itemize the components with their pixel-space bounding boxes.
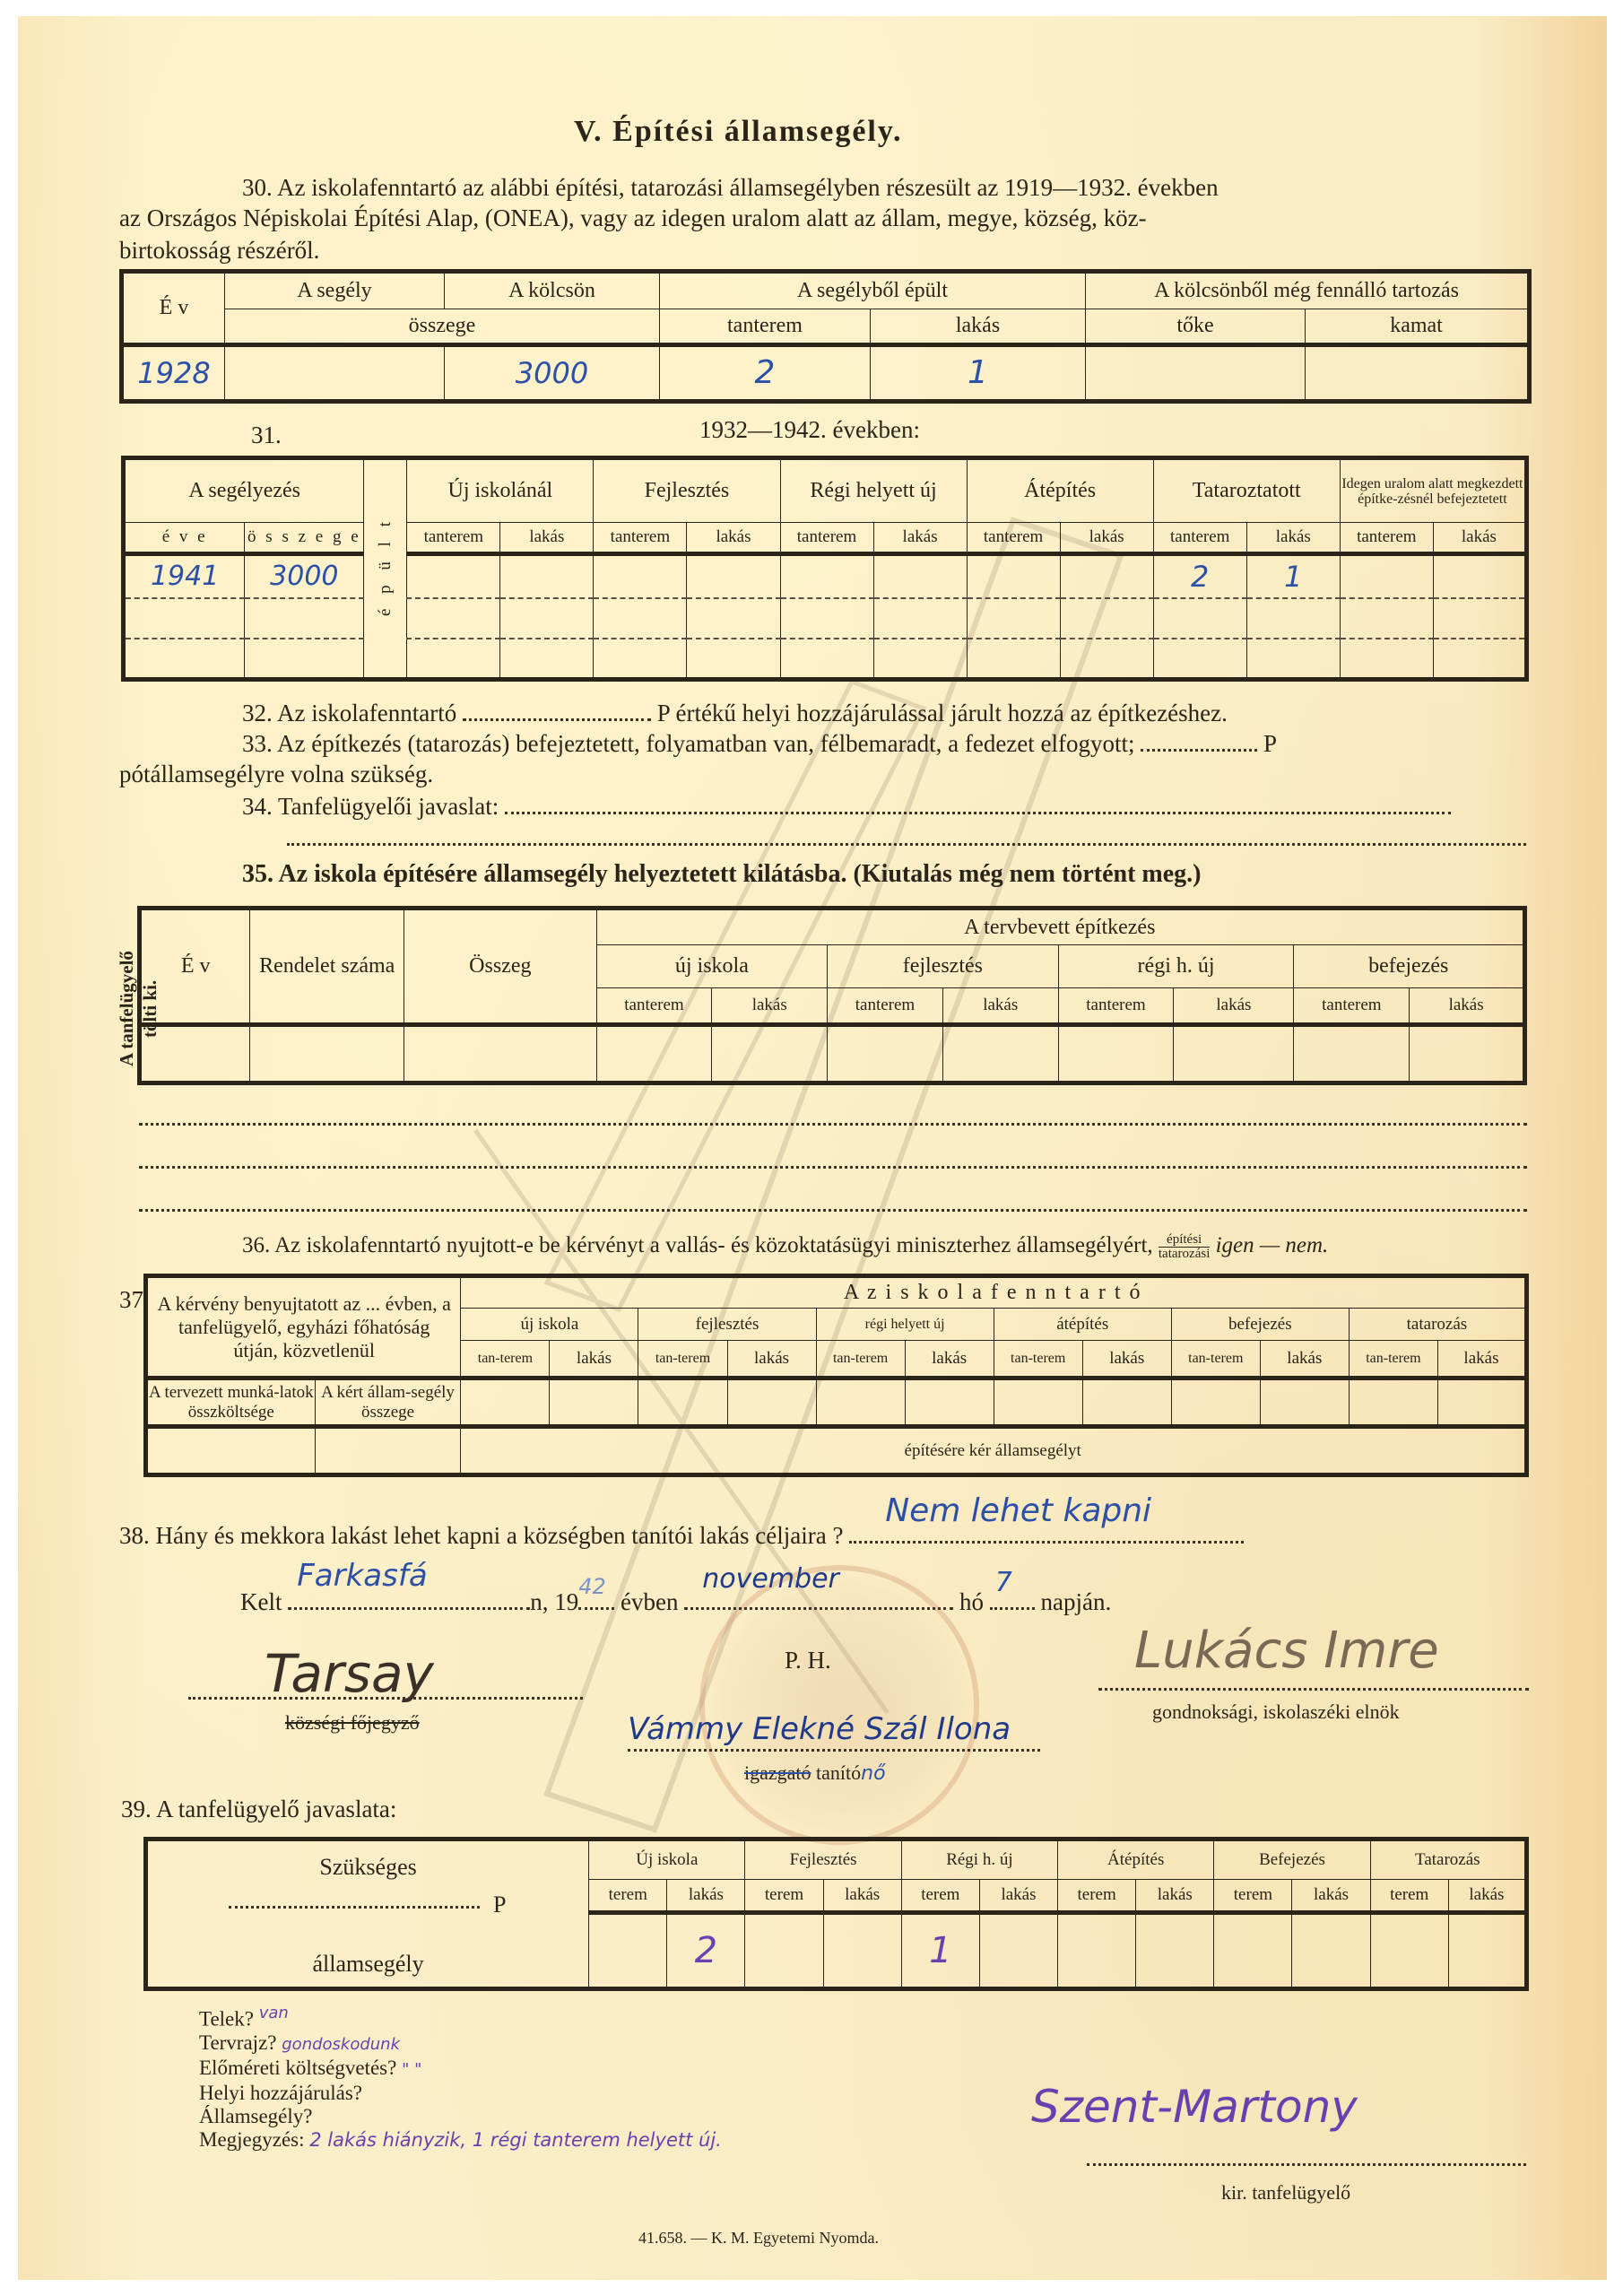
col-tanterem: tanterem xyxy=(594,523,687,554)
group-fejlesztes: Fejlesztés xyxy=(594,458,780,523)
col-lakas: lakás xyxy=(1260,1341,1349,1378)
kelt-place: Farkasfá xyxy=(297,1561,427,1591)
group-uj-iskola: új iskola xyxy=(461,1309,638,1341)
cell xyxy=(1060,598,1153,639)
q32-prefix: 32. Az iskolafenntartó xyxy=(242,700,456,726)
col-osszege: ö s s z e g e xyxy=(245,523,364,554)
cell xyxy=(1294,1024,1410,1083)
cell xyxy=(245,598,364,639)
q38: 38. Hány és mekkora lakást lehet kapni a… xyxy=(119,1516,1244,1551)
col-tanterem: tanterem xyxy=(660,309,871,345)
checklist-label: Tervrajz? xyxy=(199,2031,277,2054)
cell xyxy=(1410,1024,1525,1083)
cell xyxy=(594,639,687,679)
q36-answer[interactable]: igen — nem. xyxy=(1216,1233,1329,1257)
cell-uj-iskola-lakas: 2 xyxy=(667,1913,745,1989)
col-tanterem: tan-terem xyxy=(994,1341,1082,1378)
cell-ev: 1928 xyxy=(122,344,225,401)
group-uj-iskola: Új iskola xyxy=(589,1839,745,1880)
col-iskolafenntarto: A z i s k o l a f e n n t a r t ó xyxy=(461,1276,1527,1309)
q33-p: P xyxy=(1263,730,1277,757)
q36-frac-top: építési xyxy=(1167,1232,1202,1247)
col-tanterem: tan-terem xyxy=(816,1341,905,1378)
cell xyxy=(823,1913,901,1989)
col-kamat: kamat xyxy=(1306,309,1530,345)
epult-label: é p ü l t xyxy=(376,517,395,616)
checklist-label: Helyi hozzájárulás? xyxy=(199,2082,362,2104)
group-regi-h-uj: régi h. új xyxy=(1058,945,1294,988)
cell xyxy=(687,554,780,598)
kelt-year-field[interactable]: 42 xyxy=(578,1584,614,1610)
group-befejezes: befejezés xyxy=(1294,945,1525,988)
group-fejlesztes: fejlesztés xyxy=(638,1309,816,1341)
cell xyxy=(638,1378,727,1427)
left-signature-line[interactable] xyxy=(188,1697,583,1700)
cell xyxy=(994,1378,1082,1427)
cell xyxy=(942,1024,1058,1083)
cell xyxy=(967,639,1060,679)
cell xyxy=(1246,639,1340,679)
page-title: V. Építési államsegély. xyxy=(574,115,903,149)
col-lakas: lakás xyxy=(1448,1880,1526,1913)
checklist-label: Telek? xyxy=(199,2008,254,2031)
q35-table: É v Rendelet száma Összeg A tervbevett é… xyxy=(137,906,1527,1085)
kelt-line: Kelt Farkasfá n, 19 42 évben november hó… xyxy=(240,1584,1111,1617)
col-tanterem: tanterem xyxy=(596,987,712,1024)
q36-fraction: építési tatarozási xyxy=(1159,1233,1210,1261)
group-uj-iskolanal: Új iskolánál xyxy=(407,458,594,523)
checklist-answer: gondoskodunk xyxy=(282,2035,400,2054)
cell xyxy=(780,639,873,679)
cell xyxy=(1153,639,1246,679)
col-tanterem: tanterem xyxy=(1153,523,1246,554)
cell xyxy=(1246,598,1340,639)
kelt-month: november xyxy=(702,1564,839,1595)
cell xyxy=(407,639,500,679)
group-fejlesztes: fejlesztés xyxy=(828,945,1059,988)
cell xyxy=(1174,1024,1294,1083)
q39-table: Szükséges P államsegély Új iskola Fejles… xyxy=(143,1837,1529,1991)
cell xyxy=(1214,1913,1292,1989)
col-ev: É v xyxy=(122,272,225,345)
group-tatarozas: Tatarozás xyxy=(1370,1839,1526,1880)
cell xyxy=(500,598,594,639)
col-lakas: lakás xyxy=(979,1880,1057,1913)
cell xyxy=(461,1378,550,1427)
col-tanterem: tan-terem xyxy=(638,1341,727,1378)
group-atepites: Átépítés xyxy=(967,458,1153,523)
inspector-signature-line[interactable] xyxy=(1087,2163,1526,2166)
szukseges-amount-field[interactable] xyxy=(229,1906,480,1909)
cell xyxy=(967,554,1060,598)
kelt-n: n, 19 xyxy=(530,1588,578,1615)
cell xyxy=(1292,1913,1370,1989)
cell xyxy=(1448,1913,1526,1989)
q31-table: A segélyezés é p ü l t Új iskolánál Fejl… xyxy=(121,456,1529,682)
center-role-text: tanító xyxy=(816,1761,861,1784)
col-tanterem: tanterem xyxy=(1340,523,1433,554)
table-row: A tervezett munká-latok összköltsége A k… xyxy=(146,1378,1527,1427)
group-regi-helyett-uj: régi helyett új xyxy=(816,1309,994,1341)
col-lakas: lakás xyxy=(712,987,828,1024)
cell xyxy=(1060,639,1153,679)
cell xyxy=(594,554,687,598)
cell xyxy=(1433,598,1526,639)
left-role: községi főjegyző xyxy=(285,1708,420,1738)
cell xyxy=(727,1378,816,1427)
q35-note-line1[interactable] xyxy=(139,1123,1527,1126)
cell xyxy=(873,639,967,679)
allamsegely-label: államsegély xyxy=(148,1951,588,1978)
col-segelybol-epult: A segélyből épült xyxy=(660,272,1086,309)
group-atepites: átépítés xyxy=(994,1309,1171,1341)
col-lakas: lakás xyxy=(871,309,1086,345)
q30-table: É v A segély A kölcsön A segélyből épült… xyxy=(119,269,1532,404)
col-tanterem: tanterem xyxy=(1294,987,1410,1024)
cell xyxy=(1136,1913,1214,1989)
cell xyxy=(828,1024,943,1083)
q30-line2: az Országos Népiskolai Építési Alap, (ON… xyxy=(119,203,1147,233)
col-kolcson: A kölcsön xyxy=(445,272,660,309)
col-lakas: lakás xyxy=(1433,523,1526,554)
q34-label: 34. Tanfelügyelői javaslat: xyxy=(242,793,499,820)
cell xyxy=(745,1913,823,1989)
q31-heading: 1932—1942. években: xyxy=(699,414,920,445)
kelt-evben: évben xyxy=(621,1588,678,1615)
side-label-line1: A tanfelügyelő xyxy=(116,952,137,1067)
kelt-day: 7 xyxy=(995,1568,1012,1598)
col-tanterem: tanterem xyxy=(828,987,943,1024)
table-row xyxy=(124,598,1527,639)
q36-frac-bottom: tatarozási xyxy=(1159,1247,1210,1261)
group-atepites: Átépítés xyxy=(1058,1839,1214,1880)
szukseges-p: P xyxy=(493,1892,506,1918)
q33-line2: pótállamsegélyre volna szükség. xyxy=(119,759,433,789)
cell xyxy=(404,1024,597,1083)
checklist-label: Megjegyzés: xyxy=(199,2128,305,2151)
center-role-suffix: nő xyxy=(861,1762,885,1785)
cell-eve: 1941 xyxy=(124,554,245,598)
cell xyxy=(124,639,245,679)
col-lakas: lakás xyxy=(1292,1880,1370,1913)
q30-line3: birtokosság részéről. xyxy=(119,235,319,265)
center-role-strike: igazgató xyxy=(744,1761,811,1784)
cell xyxy=(1433,554,1526,598)
cell xyxy=(967,598,1060,639)
cell xyxy=(1260,1378,1349,1427)
cell xyxy=(687,639,780,679)
cell xyxy=(1153,598,1246,639)
q39-label: 39. A tanfelügyelő javaslata: xyxy=(121,1794,396,1824)
q36: 36. Az iskolafenntartó nyujtott-e be kér… xyxy=(242,1231,1328,1261)
col-ev: É v xyxy=(140,909,250,1025)
checklist-item: Helyi hozzájárulás? xyxy=(199,2082,722,2105)
col-lakas: lakás xyxy=(905,1341,994,1378)
q34-field-line2[interactable] xyxy=(287,843,1526,846)
group-idegen-uralom: Idegen uralom alatt megkezdett építke-zé… xyxy=(1340,458,1526,523)
cell xyxy=(245,639,364,679)
checklist-answer: " " xyxy=(402,2060,421,2079)
col-lakas: lakás xyxy=(550,1341,638,1378)
cell xyxy=(1433,639,1526,679)
group-tataroztatott: Tataroztatott xyxy=(1153,458,1340,523)
q32-amount-field[interactable] xyxy=(463,718,651,721)
checklist-answer: 2 lakás hiányzik, 1 régi tanterem helyet… xyxy=(309,2129,722,2151)
cell xyxy=(500,554,594,598)
col-terem: terem xyxy=(901,1880,979,1913)
col-lakas: lakás xyxy=(1246,523,1340,554)
szukseges-label: Szükséges xyxy=(148,1854,588,1881)
left-signature: Tarsay xyxy=(265,1643,434,1704)
col-kolcsonbol: A kölcsönből még fennálló tartozás xyxy=(1086,272,1530,309)
q37-table: A kérvény benyujtatott az ... évben, a t… xyxy=(143,1274,1529,1477)
group-befejezes: Befejezés xyxy=(1214,1839,1370,1880)
right-role: gondnoksági, iskolaszéki elnök xyxy=(1152,1697,1400,1727)
q38-answer-field[interactable]: Nem lehet kapni xyxy=(849,1516,1244,1544)
col-tanterem: tanterem xyxy=(780,523,873,554)
cell-osszege: 3000 xyxy=(245,554,364,598)
q35-note-line2[interactable] xyxy=(139,1166,1527,1169)
q31-number: 31. xyxy=(251,420,282,450)
q38-answer: Nem lehet kapni xyxy=(885,1496,1151,1526)
q33-amount-field[interactable] xyxy=(1141,749,1257,752)
table-row xyxy=(124,639,1527,679)
q32: 32. Az iskolafenntartó P értékű helyi ho… xyxy=(242,698,1228,728)
col-tanterem: tanterem xyxy=(1058,987,1174,1024)
col-lakas: lakás xyxy=(873,523,967,554)
cell-kolcson: 3000 xyxy=(445,344,660,401)
cell xyxy=(407,598,500,639)
cell-kert-value xyxy=(315,1427,461,1475)
cell xyxy=(873,598,967,639)
checklist-item: Telek? van xyxy=(199,2002,722,2031)
kelt-place-field[interactable]: Farkasfá xyxy=(288,1584,530,1610)
cell xyxy=(873,554,967,598)
inspector-role: kir. tanfelügyelő xyxy=(1221,2178,1350,2208)
kelt-year: 42 xyxy=(578,1571,606,1602)
col-osszeg: Összeg xyxy=(404,909,597,1025)
col-lakas: lakás xyxy=(1060,523,1153,554)
q34: 34. Tanfelügyelői javaslat: xyxy=(242,791,1451,822)
col-lakas: lakás xyxy=(1174,987,1294,1024)
cell xyxy=(596,1024,712,1083)
cell xyxy=(594,598,687,639)
col-tanterem: tan-terem xyxy=(1171,1341,1260,1378)
col-tanterem: tanterem xyxy=(407,523,500,554)
col-lakas: lakás xyxy=(1410,987,1525,1024)
col-tanterem: tan-terem xyxy=(1349,1341,1437,1378)
ph-label: P. H. xyxy=(785,1645,831,1675)
q38-text: 38. Hány és mekkora lakást lehet kapni a… xyxy=(119,1522,843,1549)
cell-regi-h-uj-terem: 1 xyxy=(901,1913,979,1989)
q33-line1: 33. Az építkezés (tatarozás) befejeztete… xyxy=(242,730,1135,757)
cell xyxy=(550,1378,638,1427)
cell xyxy=(1340,639,1433,679)
inspector-signature: Szent-Martony xyxy=(1031,2081,1358,2133)
q30-line1: 30. Az iskolafenntartó az alábbi építési… xyxy=(242,172,1219,203)
cell-toke xyxy=(1086,344,1306,401)
col-footer: építésére kér államsegélyt xyxy=(461,1427,1527,1475)
cell-tataroztatott-tanterem: 2 xyxy=(1153,554,1246,598)
table-row: építésére kér államsegélyt xyxy=(146,1427,1527,1475)
q33: 33. Az építkezés (tatarozás) befejeztete… xyxy=(242,728,1277,759)
col-lakas: lakás xyxy=(667,1880,745,1913)
checklist-answer: van xyxy=(259,2004,289,2022)
col-terem: terem xyxy=(589,1880,667,1913)
table-row xyxy=(140,1024,1525,1083)
cell xyxy=(140,1024,250,1083)
cell xyxy=(1437,1378,1526,1427)
col-lakas: lakás xyxy=(1082,1341,1171,1378)
cell xyxy=(1370,1913,1448,1989)
group-tatarozas: tatarozás xyxy=(1349,1309,1526,1341)
col-epult: é p ü l t xyxy=(364,458,407,680)
col-tervezett: A tervezett munká-latok összköltsége xyxy=(146,1378,316,1427)
cell xyxy=(712,1024,828,1083)
col-lakas: lakás xyxy=(823,1880,901,1913)
cell xyxy=(500,639,594,679)
cell xyxy=(1058,1024,1174,1083)
col-terem: terem xyxy=(1058,1880,1136,1913)
cell xyxy=(1349,1378,1437,1427)
col-segelyezes: A segélyezés xyxy=(124,458,364,523)
col-szukseges: Szükséges P államsegély xyxy=(146,1839,589,1989)
col-terem: terem xyxy=(745,1880,823,1913)
q35-text: 35. Az iskola építésére államsegély hely… xyxy=(242,859,1201,890)
center-signature: Vámmy Elekné Szál Ilona xyxy=(628,1711,1011,1747)
col-terem: terem xyxy=(1370,1880,1448,1913)
center-signature-line[interactable] xyxy=(628,1749,1040,1752)
cell xyxy=(979,1913,1057,1989)
checklist-item: Tervrajz? gondoskodunk xyxy=(199,2031,722,2057)
kelt-label: Kelt xyxy=(240,1588,282,1615)
cell-tataroztatott-lakas: 1 xyxy=(1246,554,1340,598)
cell xyxy=(687,598,780,639)
center-role: igazgató tanítónő xyxy=(744,1758,886,1789)
cell xyxy=(124,598,245,639)
col-rendelet: Rendelet száma xyxy=(250,909,404,1025)
cell xyxy=(250,1024,404,1083)
col-lakas: lakás xyxy=(727,1341,816,1378)
col-tanterem: tan-terem xyxy=(461,1341,550,1378)
col-lakas: lakás xyxy=(942,987,1058,1024)
col-tanterem: tanterem xyxy=(967,523,1060,554)
cell xyxy=(1171,1378,1260,1427)
cell-kamat xyxy=(1306,344,1530,401)
q32-suffix: P értékű helyi hozzájárulással járult ho… xyxy=(657,700,1228,726)
cell xyxy=(1060,554,1153,598)
checklist-label: Előméreti költségvetés? xyxy=(199,2057,396,2079)
cell-tanterem: 2 xyxy=(660,344,871,401)
group-regi-h-uj: Régi h. új xyxy=(901,1839,1057,1880)
cell xyxy=(1340,554,1433,598)
printer-footer: 41.658. — K. M. Egyetemi Nyomda. xyxy=(638,2229,879,2248)
cell xyxy=(816,1378,905,1427)
col-toke: tőke xyxy=(1086,309,1306,345)
cell xyxy=(589,1913,667,1989)
cell xyxy=(905,1378,994,1427)
q34-field-line1[interactable] xyxy=(505,812,1451,814)
cell-tervezett-value xyxy=(146,1427,316,1475)
col-terem: terem xyxy=(1214,1880,1292,1913)
cell xyxy=(1340,598,1433,639)
cell xyxy=(407,554,500,598)
cell xyxy=(1082,1378,1171,1427)
group-regi-helyett-uj: Régi helyett új xyxy=(780,458,967,523)
col-eve: é v e xyxy=(124,523,245,554)
right-signature: Lukács Imre xyxy=(1134,1622,1439,1680)
col-lakas: lakás xyxy=(1136,1880,1214,1913)
checklist-label: Államsegély? xyxy=(199,2105,312,2127)
kelt-napjan: napján. xyxy=(1040,1588,1111,1615)
col-kert: A kért állam-segély összege xyxy=(315,1378,461,1427)
group-befejezes: befejezés xyxy=(1171,1309,1349,1341)
group-uj-iskola: új iskola xyxy=(596,945,828,988)
checklist-item: Államsegély? xyxy=(199,2105,722,2128)
kelt-month-field[interactable]: november xyxy=(684,1584,953,1610)
checklist-item: Előméreti költségvetés? " " xyxy=(199,2057,722,2082)
kelt-ho: hó xyxy=(959,1588,984,1615)
group-fejlesztes: Fejlesztés xyxy=(745,1839,901,1880)
col-osszege: összege xyxy=(225,309,660,345)
left-role-text: községi főjegyző xyxy=(285,1711,420,1734)
q35-note-line3[interactable] xyxy=(139,1209,1527,1212)
cell-segely xyxy=(225,344,445,401)
cell xyxy=(1058,1913,1136,1989)
col-tervbevett: A tervbevett építkezés xyxy=(596,909,1524,945)
cell xyxy=(780,598,873,639)
table-row: 1941 3000 2 1 xyxy=(124,554,1527,598)
cell xyxy=(780,554,873,598)
q36-text: 36. Az iskolafenntartó nyujtott-e be kér… xyxy=(242,1233,1153,1257)
kelt-day-field[interactable]: 7 xyxy=(990,1584,1035,1610)
col-segely: A segély xyxy=(225,272,445,309)
col-kerveny: A kérvény benyujtatott az ... évben, a t… xyxy=(146,1276,461,1378)
checklist: Telek? van Tervrajz? gondoskodunk Előmér… xyxy=(199,2002,722,2152)
col-lakas: lakás xyxy=(500,523,594,554)
checklist-item: Megjegyzés: 2 lakás hiányzik, 1 régi tan… xyxy=(199,2128,722,2152)
cell-lakas: 1 xyxy=(871,344,1086,401)
right-signature-line[interactable] xyxy=(1098,1688,1529,1691)
col-lakas: lakás xyxy=(687,523,780,554)
col-lakas: lakás xyxy=(1437,1341,1526,1378)
